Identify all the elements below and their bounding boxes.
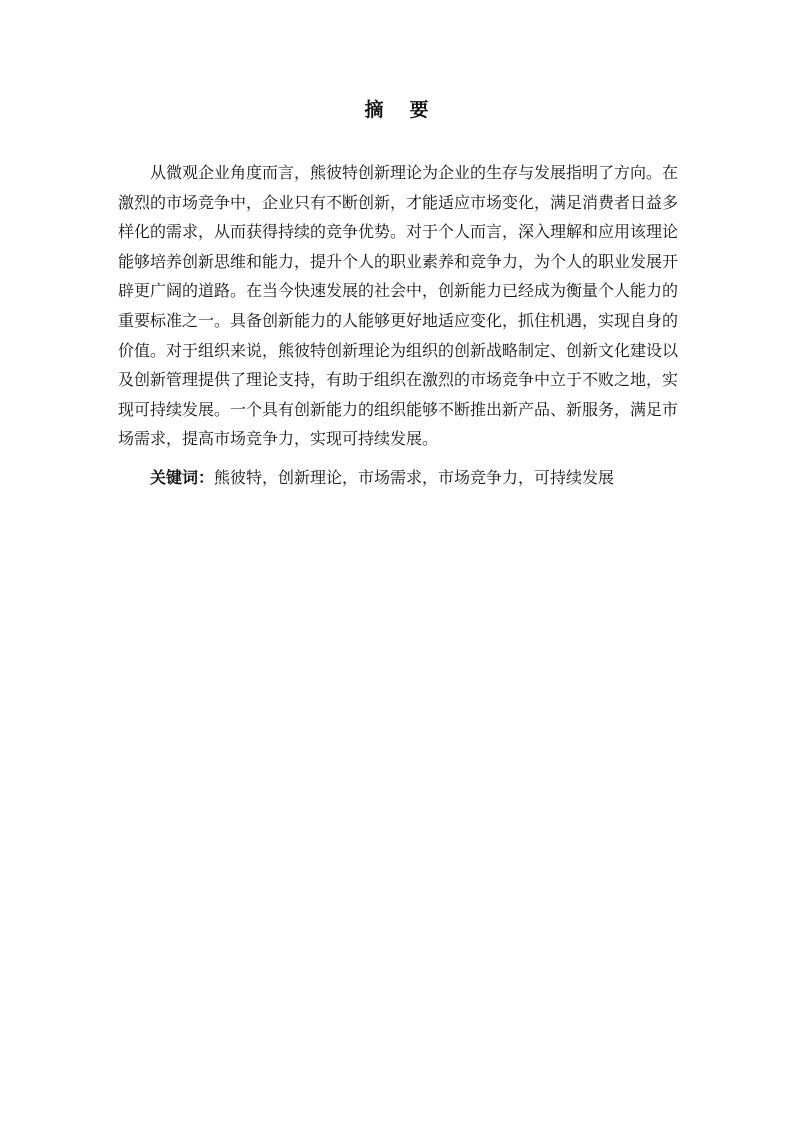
abstract-body: 从微观企业角度而言，熊彼特创新理论为企业的生存与发展指明了方向。在 激烈的市场竞…: [118, 158, 678, 454]
abstract-line: 能够培养创新思维和能力，提升个人的职业素养和竞争力，为个人的职业发展开: [118, 247, 678, 277]
abstract-line: 重要标准之一。具备创新能力的人能够更好地适应变化，抓住机遇，实现自身的: [118, 306, 678, 336]
abstract-line: 从微观企业角度而言，熊彼特创新理论为企业的生存与发展指明了方向。在: [118, 158, 678, 188]
abstract-line: 场需求，提高市场竞争力，实现可持续发展。: [118, 424, 678, 454]
abstract-line: 及创新管理提供了理论支持，有助于组织在激烈的市场竞争中立于不败之地，实: [118, 365, 678, 395]
abstract-line: 现可持续发展。一个具有创新能力的组织能够不断推出新产品、新服务，满足市: [118, 395, 678, 425]
keywords-line: 关键词：熊彼特，创新理论，市场需求，市场竞争力，可持续发展: [150, 463, 614, 493]
keywords-label: 关键词：: [150, 468, 214, 487]
abstract-line: 激烈的市场竞争中，企业只有不断创新，才能适应市场变化，满足消费者日益多: [118, 188, 678, 218]
abstract-line: 价值。对于组织来说，熊彼特创新理论为组织的创新战略制定、创新文化建设以: [118, 336, 678, 366]
abstract-line: 辟更广阔的道路。在当今快速发展的社会中，创新能力已经成为衡量个人能力的: [118, 276, 678, 306]
keywords-text: 熊彼特，创新理论，市场需求，市场竞争力，可持续发展: [214, 468, 614, 487]
page-title: 摘要: [0, 96, 793, 124]
abstract-line: 样化的需求，从而获得持续的竞争优势。对于个人而言，深入理解和应用该理论: [118, 217, 678, 247]
